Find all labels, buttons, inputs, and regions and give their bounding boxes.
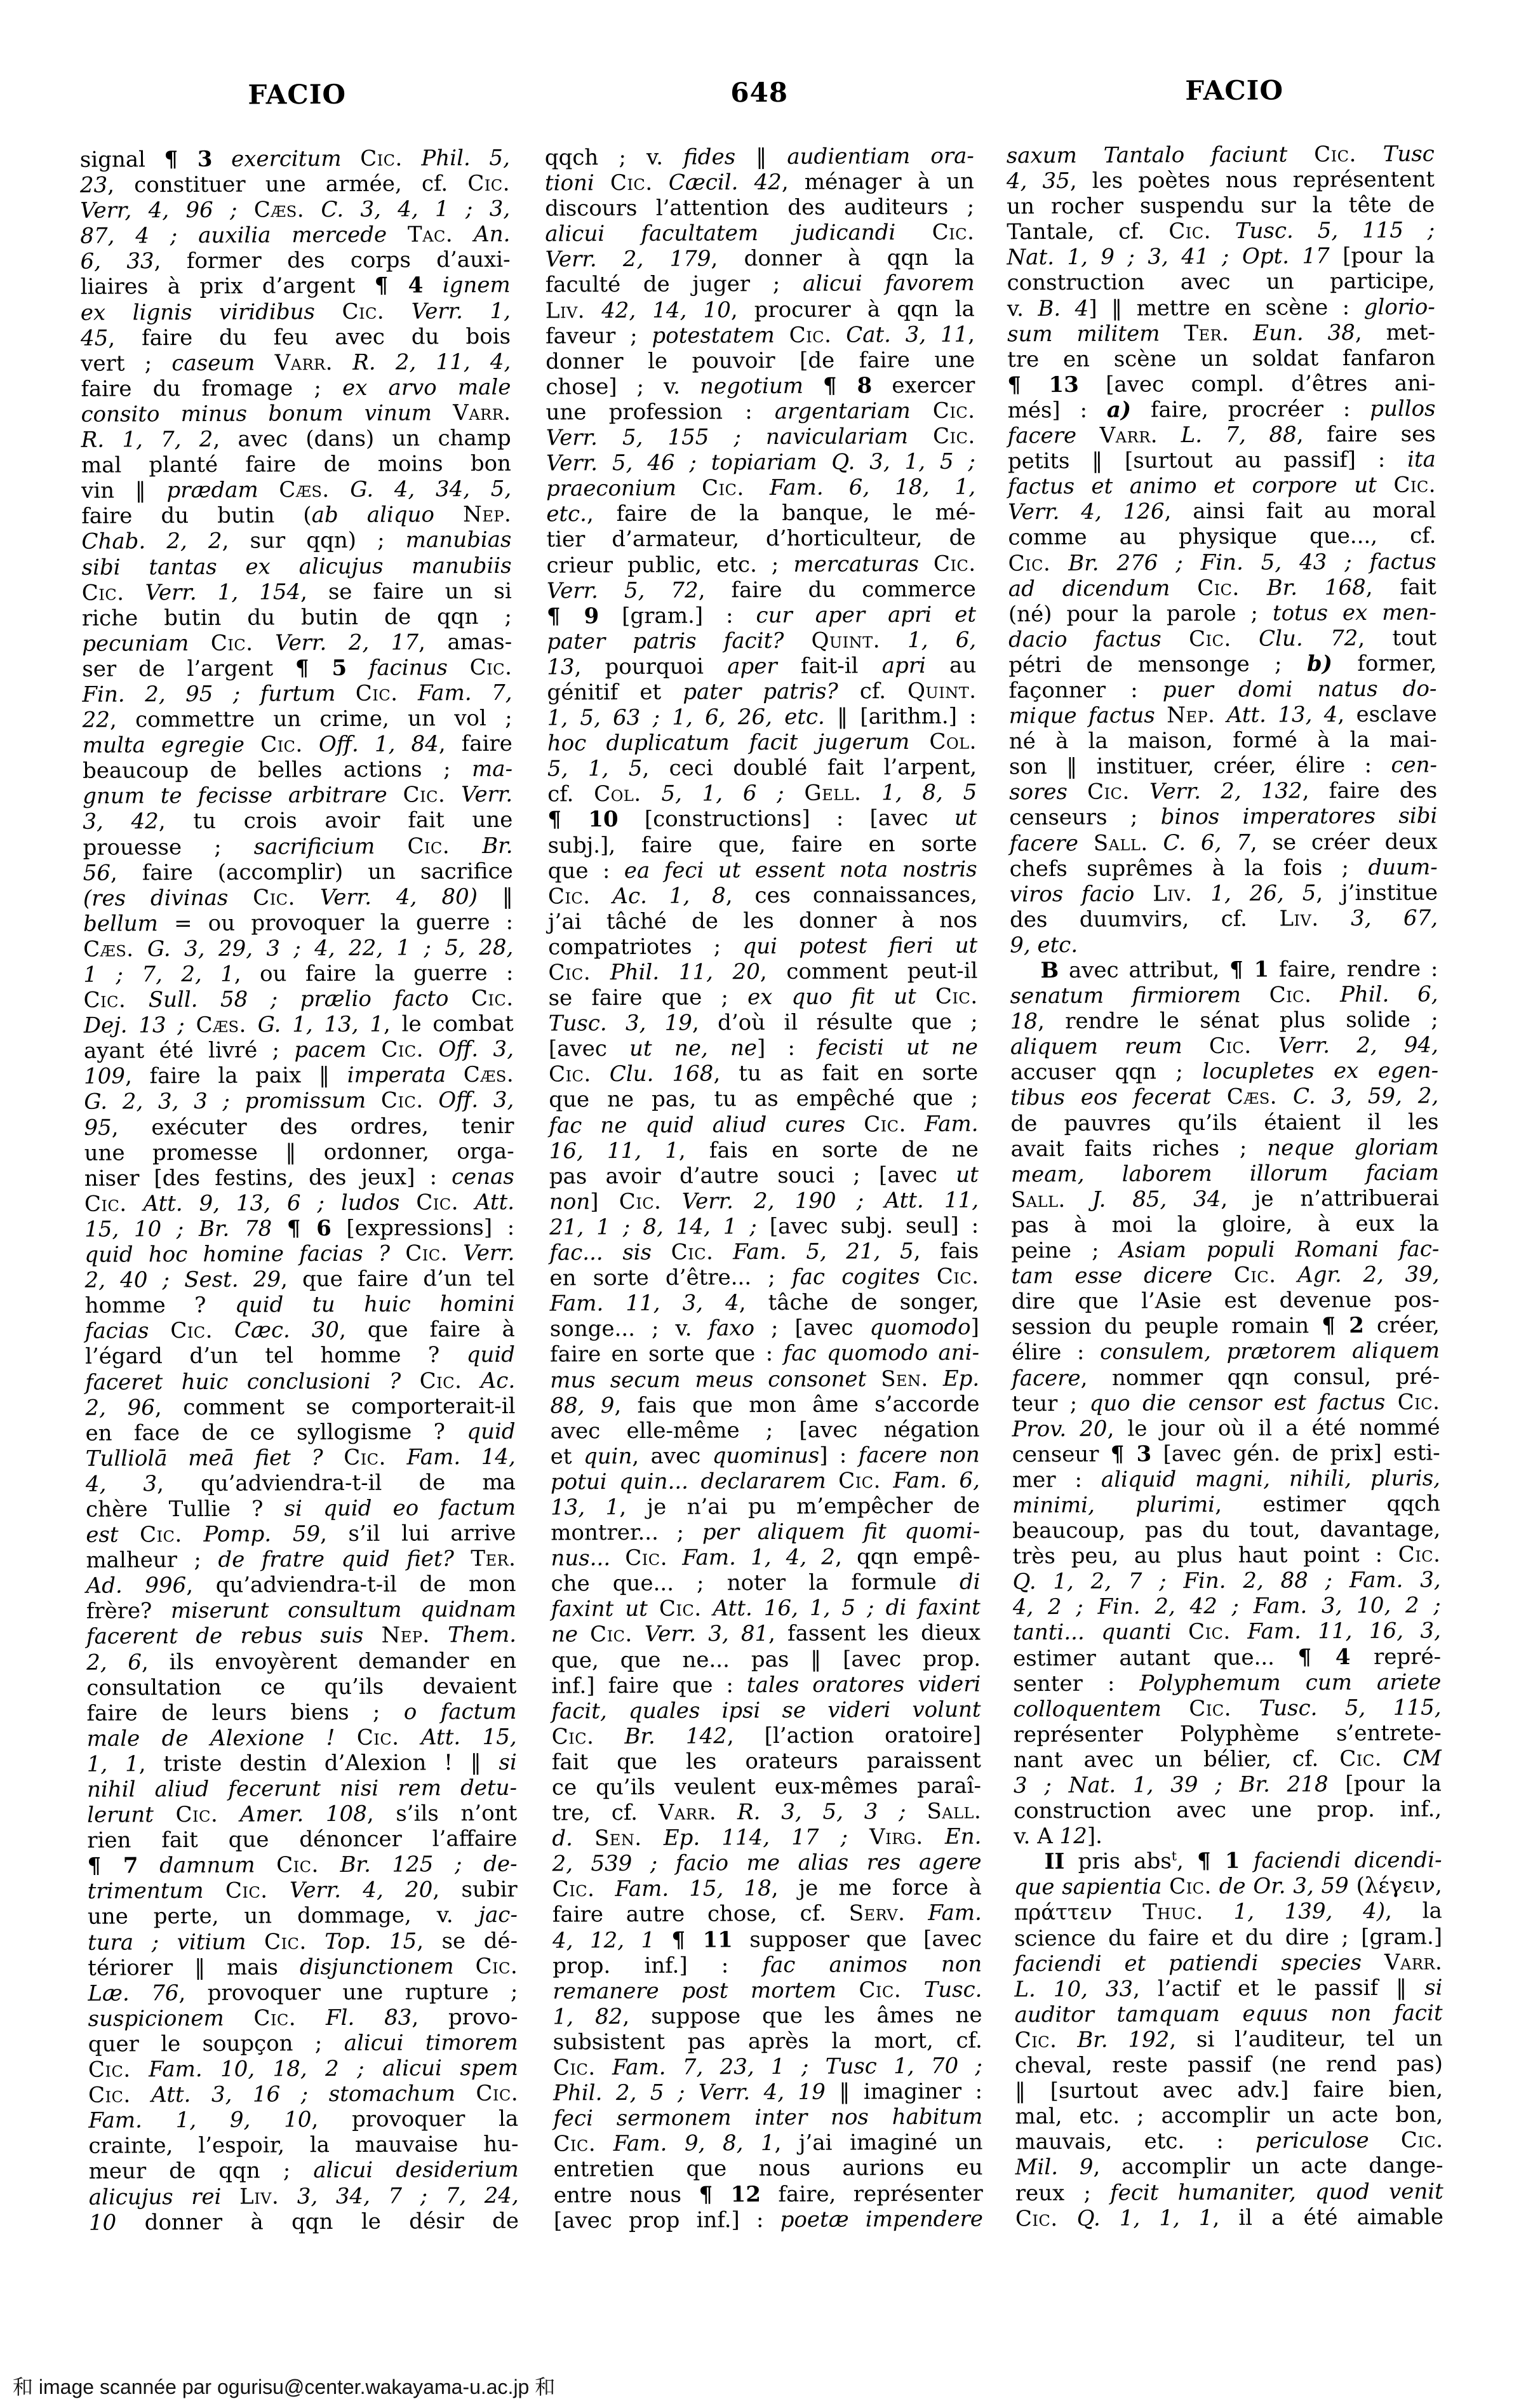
latin-citation: quo die censor est factus — [1089, 1389, 1385, 1416]
definition-text: [gram.] : — [599, 603, 756, 629]
definition-text: crieur public, etc. ; — [547, 551, 794, 578]
dictionary-line: Cic. Fam. 7, 23, 1 ; Tusc 1, 70 ; — [553, 2053, 982, 2081]
definition-text: chose] ; v. — [546, 373, 700, 400]
dictionary-line: 10 donner à qqn le désir de — [89, 2208, 519, 2235]
definition-text: , les poètes nous représentent — [1070, 167, 1435, 194]
dictionary-line: faire en sorte que : fac quomodo ani- — [550, 1340, 979, 1368]
latin-citation: fac quomodo ani- — [784, 1340, 980, 1366]
dictionary-line: fait que les orateurs paraissent — [552, 1747, 981, 1775]
dictionary-line: remanere post mortem Cic. Tusc. — [552, 1977, 982, 2004]
dictionary-line: une promesse ‖ ordonner, orga- — [84, 1138, 514, 1166]
latin-citation: fac animos non — [762, 1951, 982, 1978]
author-abbreviation: Liv. — [239, 2184, 279, 2209]
dictionary-line: dacio factus Cic. Clu. 72, tout — [1008, 625, 1436, 652]
definition-text — [1068, 779, 1087, 805]
latin-citation: Q. 1, 2, 7 ; Fin. 2, 88 ; Fam. 3, — [1013, 1568, 1441, 1595]
author-abbreviation: Cic. — [470, 655, 512, 680]
dictionary-line: songe... ; v. faxo ; [avec quomodo] — [550, 1315, 979, 1342]
definition-text — [1369, 2128, 1401, 2153]
latin-citation: 88, 9 — [550, 1393, 614, 1418]
definition-text — [138, 1853, 159, 1878]
author-abbreviation: Cic. — [859, 1977, 901, 2003]
latin-citation: ut — [956, 1162, 979, 1187]
latin-citation: male de Alexione ! — [87, 1725, 335, 1752]
dictionary-line: auditor tamquam equus non facit — [1014, 2000, 1442, 2027]
latin-citation: pecuniam — [82, 631, 189, 657]
definition-text — [594, 170, 610, 196]
definition-text: , estimer qqch — [1215, 1491, 1440, 1517]
dictionary-line: l’égard d’un tel homme ? quid — [85, 1342, 515, 1369]
definition-text — [446, 1062, 464, 1087]
definition-text: (né) pour la parole ; — [1008, 600, 1273, 627]
latin-citation: Phil. 2, 5 ; Verr. 4, 19 — [553, 2080, 826, 2106]
definition-text: un rocher suspendu sur la tête de — [1007, 192, 1435, 220]
dictionary-line: pétri de mensonge ; b) former, — [1008, 650, 1436, 678]
definition-text: faire, représenter — [761, 2181, 983, 2207]
latin-citation: Verr. 2, 17 — [275, 629, 418, 655]
dictionary-line: senter : Polyphemum cum ariete — [1013, 1669, 1441, 1697]
latin-citation: 4, 35 — [1007, 168, 1070, 194]
dictionary-line: beaucoup de belles actions ; ma- — [83, 756, 512, 784]
definition-text: ayant été livré ; — [84, 1038, 295, 1064]
latin-citation: ex quo fit ut — [747, 984, 916, 1010]
dictionary-line: tre en scène un soldat fanfaron — [1007, 345, 1435, 372]
dictionary-line: nihil aliud fecerunt nisi rem detu- — [87, 1775, 517, 1803]
definition-text — [258, 478, 279, 503]
definition-text: construction avec un participe, — [1007, 269, 1435, 296]
latin-citation: Att. — [475, 1190, 514, 1215]
definition-text — [335, 681, 356, 706]
dictionary-line: facit, quales ipsi se videri volunt — [551, 1697, 981, 1724]
definition-text: , accomplir un acte dange- — [1093, 2153, 1443, 2180]
definition-text — [366, 1037, 382, 1063]
author-abbreviation: Cic. — [671, 1239, 714, 1265]
definition-text: , je n’ai pu m’empêcher de — [619, 1493, 980, 1520]
definition-text: former, — [1332, 650, 1437, 676]
page-number: 648 — [730, 79, 788, 106]
latin-citation: facerent de rebus suis — [86, 1623, 363, 1650]
latin-citation: Fam. 14, — [406, 1444, 515, 1470]
text-column-2: qqch ; v. fides ‖ audientiam ora-tioni C… — [545, 144, 983, 2234]
dictionary-line: sores Cic. Verr. 2, 132, faire des — [1009, 778, 1437, 805]
latin-citation: R. 1, 7, 2 — [81, 427, 213, 453]
definition-text — [676, 476, 702, 501]
definition-text: en sorte d’être... ; — [549, 1265, 792, 1291]
author-abbreviation: Cic. — [211, 630, 253, 655]
section-marker: B — [1040, 958, 1059, 983]
latin-citation: negotium — [700, 373, 803, 400]
definition-text — [1162, 1874, 1169, 1900]
definition-text — [716, 1799, 737, 1825]
definition-text — [399, 1190, 416, 1215]
definition-text — [363, 1623, 382, 1648]
definition-text: une profession : — [546, 399, 774, 426]
dictionary-line: ‖ [surtout avec adv.] faire bien, — [1015, 2077, 1443, 2104]
definition-text — [319, 1852, 340, 1878]
latin-citation: Br. 168 — [1267, 574, 1366, 600]
definition-text: senter : — [1013, 1670, 1139, 1697]
definition-text — [255, 350, 274, 375]
definition-text — [423, 273, 443, 299]
section-marker: ¶ 10 — [547, 807, 618, 832]
latin-citation: Fam. 15, 18 — [615, 1876, 771, 1902]
definition-text — [845, 1112, 864, 1137]
definition-text: faire du butin ( — [81, 502, 312, 529]
author-abbreviation: Cic. — [1169, 1874, 1212, 1899]
definition-text: créer, — [1364, 1313, 1440, 1339]
dictionary-line: 2, 539 ; facio me alias res agere — [552, 1850, 981, 1877]
dictionary-line: factus et animo et corpore ut Cic. — [1008, 473, 1436, 500]
dictionary-line: homme ? quid tu huic homini — [85, 1291, 515, 1319]
definition-text: censeur — [1012, 1441, 1111, 1467]
definition-text: signal — [80, 147, 164, 173]
dictionary-line: que sapientia Cic. de Or. 3, 59 (λέγειν, — [1014, 1873, 1442, 1900]
definition-text: , ménager à un — [782, 169, 974, 195]
latin-citation: Br. — [482, 833, 512, 858]
dictionary-line: faveur ; potestatem Cic. Cat. 3, 11, — [546, 321, 975, 349]
definition-text: faire du fromage ; — [81, 375, 342, 402]
dictionary-line: comme au physique que..., cf. — [1008, 523, 1436, 551]
definition-text — [573, 1825, 594, 1851]
dictionary-line: colloquentem Cic. Tusc. 5, 115, — [1013, 1695, 1441, 1722]
definition-text: , triste destin d’Alexion ! ‖ — [139, 1750, 499, 1777]
definition-text — [307, 1929, 325, 1954]
dictionary-line: Mil. 9, accomplir un acte dange- — [1015, 2153, 1443, 2181]
definition-text: faire autre chose, cf. — [552, 1901, 849, 1928]
latin-citation: 1, 6, — [907, 627, 976, 652]
dictionary-line: lerunt Cic. Amer. 108, s’ils n’ont — [87, 1801, 517, 1828]
definition-text: homme ? — [85, 1293, 236, 1319]
definition-text: que, que ne... pas ‖ [avec prop. — [551, 1646, 981, 1673]
dictionary-line: avec elle-même ; [avec négation — [550, 1416, 979, 1444]
section-marker: ¶ 8 — [823, 373, 872, 398]
definition-text — [1134, 881, 1153, 906]
latin-citation: exercitum — [231, 146, 342, 172]
latin-citation: 2, 40 ; Sest. 29 — [84, 1267, 281, 1293]
author-abbreviation: Cic. — [933, 424, 975, 449]
latin-citation: 21, 1 ; 8, 14, 1 ; — [549, 1214, 757, 1240]
latin-citation: Verr. 2, 190 ; Att. 11, — [682, 1187, 979, 1214]
dictionary-line: R. 1, 7, 2, avec (dans) un champ — [81, 426, 511, 453]
latin-citation: facias — [85, 1319, 149, 1344]
dictionary-line: Dej. 13 ; Cæs. G. 1, 13, 1, le combat — [84, 1011, 514, 1038]
author-abbreviation: Sall. — [927, 1799, 981, 1824]
definition-text: chefs suprêmes à la fois ; — [1010, 855, 1369, 882]
author-abbreviation: Liv. — [546, 298, 585, 323]
latin-citation: Læ. 76 — [88, 1980, 178, 2006]
definition-text: , l’actif et le passif ‖ — [1133, 1975, 1424, 2001]
latin-citation: factus et animo et corpore ut — [1008, 473, 1377, 500]
definition-text: , faire de la banque, le mé- — [587, 500, 976, 527]
latin-citation: si — [499, 1750, 517, 1775]
definition-text: frère? — [86, 1598, 171, 1624]
definition-text — [1276, 1262, 1297, 1287]
definition-text: subsistent pas après la mort, cf. — [553, 2027, 982, 2055]
dictionary-line: entretien que nous aurions eu — [554, 2155, 983, 2182]
latin-citation: 18 — [1010, 1009, 1038, 1034]
author-abbreviation: Cic. — [625, 1545, 667, 1571]
definition-text: une promesse ‖ ordonner, orga- — [84, 1138, 514, 1166]
definition-text: , ainsi fait au moral — [1165, 498, 1436, 525]
dictionary-line: ¶ 9 [gram.] : cur aper apri et — [547, 601, 976, 629]
latin-citation: totus ex men- — [1273, 600, 1436, 626]
dictionary-line: nus... Cic. Fam. 1, 4, 2, qqn empê- — [551, 1544, 980, 1571]
definition-text — [213, 1318, 234, 1343]
definition-text — [901, 1977, 924, 2003]
latin-citation: de fratre quid fiet? — [218, 1546, 454, 1573]
definition-text: , tu as fait en sorte — [713, 1060, 978, 1087]
dictionary-line: cf. Col. 5, 1, 6 ; Gell. 1, 8, 5 — [547, 780, 977, 807]
definition-text: , se créer deux — [1250, 829, 1438, 855]
definition-text — [591, 1061, 610, 1087]
author-abbreviation: Cic. — [405, 1240, 448, 1266]
latin-citation: J. 85, 34 — [1092, 1186, 1221, 1213]
latin-citation: praeconium — [546, 476, 676, 502]
definition-text: fait-il — [777, 653, 882, 679]
dictionary-line: faceret huic conclusioni ? Cic. Ac. — [85, 1368, 515, 1395]
definition-text: , commettre un crime, un vol ; — [110, 706, 512, 733]
scan-credit: 和 image scannée par ogurisu@center.wakay… — [13, 2376, 555, 2398]
latin-citation: fac ne quid aliud cures — [549, 1112, 845, 1138]
definition-text: , [l’action oratoire] — [727, 1722, 981, 1749]
author-abbreviation: Cic. — [619, 1189, 662, 1214]
latin-citation: ex lignis viridibus — [81, 299, 315, 326]
author-abbreviation: Cic. — [1015, 2027, 1057, 2053]
definition-text: censeurs ; — [1009, 805, 1161, 831]
dictionary-line: frère? miserunt consultum quidnam — [86, 1597, 516, 1624]
definition-text: , je n’attribuerai — [1221, 1185, 1439, 1211]
author-abbreviation: Cic. — [403, 783, 445, 808]
dictionary-line: Cic. Att. 3, 16 ; stomachum Cic. — [88, 2081, 518, 2108]
dictionary-line: génitif et pater patris? cf. Quint. — [547, 678, 976, 706]
author-abbreviation: Sen. — [881, 1366, 928, 1391]
dictionary-line: consito minus bonum vinum Varr. — [81, 400, 511, 427]
definition-text: liaires à prix d’argent — [81, 273, 375, 300]
latin-citation: 4, 2 ; Fin. 2, 42 ; Fam. 3, 10, 2 ; — [1013, 1593, 1441, 1620]
definition-text — [1231, 1619, 1248, 1644]
dictionary-line: facere Sall. C. 6, 7, se créer deux — [1009, 829, 1437, 856]
definition-text: l’égard d’un tel homme ? — [85, 1342, 467, 1369]
latin-citation: argentariam — [775, 398, 911, 424]
definition-text: se faire que ; — [549, 985, 748, 1011]
dictionary-line: feci sermonem inter nos habitum — [553, 2104, 982, 2132]
definition-text: tre, cf. — [552, 1800, 659, 1826]
definition-text: , s’il lui arrive — [320, 1521, 516, 1547]
latin-citation: Verr. 5, 72 — [547, 577, 699, 603]
dictionary-line: Cic. Ac. 1, 8, ces connaissances, — [548, 882, 977, 909]
dictionary-line: fac ne quid aliud cures Cic. Fam. — [549, 1111, 978, 1138]
latin-citation: Verr. 3, 81 — [645, 1621, 768, 1647]
dictionary-line: que : ea feci ut essent nota nostris — [548, 856, 977, 884]
definition-text: mauvais, etc. : — [1015, 2128, 1255, 2155]
latin-citation: quominus — [713, 1442, 820, 1468]
latin-citation: mercaturas — [793, 551, 919, 577]
definition-text — [212, 147, 231, 172]
latin-citation: Clu. 168 — [610, 1061, 714, 1087]
dictionary-line: Cic. Clu. 168, tu as fait en sorte — [549, 1060, 978, 1087]
definition-text: , avec — [632, 1443, 712, 1469]
definition-text: ‖ [surtout avec adv.] faire bien, — [1015, 2077, 1443, 2104]
latin-citation: 23 — [80, 173, 107, 198]
dictionary-line: subj.], faire que, faire en sorte — [547, 831, 977, 858]
definition-text: ] — [971, 1315, 979, 1340]
latin-citation: Verr. 2, 179 — [545, 246, 711, 272]
latin-citation: ea feci ut essent nota nostris — [624, 856, 977, 883]
dictionary-line: compatriotes ; qui potest fieri ut — [548, 932, 977, 960]
dictionary-line: faire du fromage ; ex arvo male — [81, 375, 511, 402]
definition-text — [911, 398, 933, 424]
definition-text: en face de ce syllogisme ? — [85, 1419, 467, 1446]
definition-text: une perte, un dommage, v. — [88, 1902, 479, 1930]
latin-citation: Fam. — [925, 1111, 979, 1136]
latin-citation: jac- — [478, 1902, 518, 1928]
author-abbreviation: Cic. — [864, 1112, 906, 1137]
author-abbreviation: Cæs. — [1227, 1084, 1277, 1110]
author-abbreviation: Cic. — [553, 2055, 596, 2080]
author-abbreviation: Quint. — [811, 628, 880, 653]
section-marker: ¶ 11 — [671, 1927, 733, 1952]
definition-text: prouesse ; — [83, 834, 253, 860]
author-abbreviation: Cic. — [789, 322, 832, 347]
definition-text: rien fait que dénoncer l’affaire — [87, 1826, 517, 1853]
latin-citation: fecit humaniter, quod venit — [1110, 2179, 1443, 2205]
author-abbreviation: Cæs. — [83, 936, 133, 962]
dictionary-line: 5, 1, 5, ceci doublé fait l’arpent, — [547, 755, 977, 782]
latin-citation: 5, 1, 6 ; — [661, 781, 784, 807]
definition-text: , amas- — [418, 629, 512, 655]
latin-citation: Verr. 2, 132 — [1149, 779, 1302, 805]
latin-citation: faciendi dicendi- — [1254, 1848, 1442, 1874]
latin-citation: gnum te fecisse arbitrare — [83, 783, 387, 809]
dictionary-line: discours l’attention des auditeurs ; — [545, 194, 974, 222]
dictionary-line: Fam. 1, 9, 10, provoquer la — [88, 2106, 518, 2134]
dictionary-line: Verr. 2, 179, donner à qqn la — [545, 245, 974, 272]
latin-citation: 109 — [84, 1064, 125, 1089]
definition-text: faveur ; — [546, 323, 652, 349]
latin-citation: Ep. 114, 17 ; — [664, 1825, 848, 1851]
dictionary-line: ayant été livré ; pacem Cic. Off. 3, — [84, 1037, 514, 1064]
definition-text: , s’ils n’ont — [367, 1801, 518, 1827]
definition-text: tériorer ‖ mais — [88, 1954, 300, 1980]
latin-citation: pater patris facit? — [547, 628, 784, 655]
author-abbreviation: Cic. — [1188, 1619, 1231, 1644]
dictionary-line: potui quin... declararem Cic. Fam. 6, — [551, 1467, 980, 1495]
latin-citation: 1, 5, 63 ; 1, 6, 26, etc. — [547, 704, 825, 731]
definition-text — [1231, 626, 1259, 651]
dictionary-line: né à la maison, formé à la mai- — [1009, 727, 1437, 755]
definition-text: chère Tullie ? — [86, 1496, 285, 1522]
latin-citation: CM — [1403, 1745, 1442, 1771]
latin-citation: minimi, plurimi — [1012, 1492, 1215, 1518]
definition-text: comme au physique que..., cf. — [1008, 523, 1436, 551]
latin-citation: miserunt consultum quidnam — [171, 1597, 516, 1623]
definition-text: de pauvres qu’ils étaient il les — [1010, 1109, 1438, 1136]
definition-text — [387, 783, 403, 808]
definition-text — [803, 373, 823, 398]
latin-citation: Eun. 38 — [1253, 320, 1355, 346]
definition-text: , que faire d’un tel — [281, 1266, 515, 1293]
definition-text — [923, 1824, 945, 1850]
definition-text: , que faire à — [339, 1317, 515, 1343]
definition-text: , se dé- — [417, 1928, 518, 1954]
definition-text: riche butin du butin de qqn ; — [82, 603, 512, 631]
latin-citation: 10 — [89, 2210, 116, 2235]
definition-text: , qqn empê- — [835, 1544, 981, 1570]
definition-text — [1162, 626, 1189, 652]
definition-text: , fassent les dieux — [768, 1620, 981, 1646]
definition-text — [131, 2082, 152, 2107]
section-marker: ¶ 2 — [1322, 1313, 1364, 1338]
dictionary-line: construction avec un participe, — [1007, 269, 1435, 296]
definition-text — [124, 580, 145, 605]
definition-text — [390, 1241, 405, 1267]
dictionary-line: meam, laborem illorum faciam — [1011, 1160, 1439, 1187]
definition-text: , sur qqn) ; — [222, 528, 405, 554]
definition-text: entretien que nous aurions eu — [554, 2155, 983, 2182]
latin-citation: 2, 96 — [85, 1395, 155, 1420]
dictionary-line: tanti... quanti Cic. Fam. 11, 16, 3, — [1013, 1618, 1441, 1646]
definition-text — [1158, 422, 1181, 448]
dictionary-line: 2, 40 ; Sest. 29, que faire d’un tel — [84, 1266, 514, 1293]
author-abbreviation: Cic. — [276, 1852, 319, 1878]
latin-citation: quid hoc homine facias ? — [84, 1241, 390, 1268]
latin-citation: Amer. 108 — [240, 1801, 367, 1827]
definition-text — [398, 680, 418, 706]
author-abbreviation: Cic. — [420, 1368, 462, 1394]
definition-text — [228, 885, 253, 910]
definition-text: pris abs — [1064, 1849, 1172, 1875]
author-abbreviation: Cic. — [548, 960, 591, 985]
definition-text: au — [926, 652, 977, 678]
dictionary-line: facerent de rebus suis Nep. Them. — [86, 1622, 516, 1650]
dictionary-line: v. A 12]. — [1014, 1822, 1442, 1850]
definition-text: que ne pas, tu as empêché que ; — [549, 1085, 978, 1113]
latin-citation: tura ; vitium — [88, 1929, 246, 1955]
dictionary-line: faxint ut Cic. Att. 16, 1, 5 ; di faxint — [551, 1595, 981, 1622]
latin-citation: consito minus bonum vinum — [81, 400, 432, 427]
dictionary-line: nant avec un bélier, cf. Cic. CM — [1014, 1745, 1442, 1773]
definition-text: , ou faire la guerre : — [234, 960, 514, 987]
definition-text — [448, 655, 470, 680]
author-abbreviation: Cic. — [1401, 2128, 1443, 2153]
author-abbreviation: Cic. — [381, 1088, 424, 1113]
definition-text: et — [551, 1444, 584, 1469]
latin-citation: cenas — [452, 1164, 514, 1190]
definition-text: , faire des — [1302, 778, 1438, 804]
definition-text: , le combat — [384, 1011, 514, 1037]
definition-text — [653, 170, 669, 196]
latin-citation: puer domi natus do- — [1163, 676, 1437, 702]
definition-text — [1385, 1389, 1398, 1415]
section-marker: ¶ 3 — [164, 147, 212, 172]
section-marker: ¶ 5 — [295, 655, 347, 681]
latin-citation: d. — [552, 1826, 573, 1852]
author-abbreviation: Sall. — [1011, 1187, 1066, 1213]
definition-text — [919, 551, 934, 576]
latin-citation: periculose — [1255, 2128, 1369, 2154]
definition-text: façonner : — [1008, 677, 1162, 703]
dictionary-line: Cic. Fam. 9, 8, 1, j’ai imaginé un — [553, 2130, 982, 2157]
definition-text: [pour la — [1328, 1771, 1442, 1797]
latin-citation: Asiam populi Romani fac- — [1119, 1236, 1439, 1263]
section-marker: ¶ 9 — [547, 603, 599, 629]
latin-citation: 12 — [1059, 1824, 1087, 1849]
definition-text: ce qu’ils veulent eux-mêmes paraî- — [552, 1773, 981, 1801]
latin-citation: o factum — [404, 1698, 517, 1724]
subsection-marker: b) — [1307, 651, 1332, 676]
latin-citation: Phil. 11, 20 — [610, 959, 760, 985]
latin-citation: tam esse dicere — [1011, 1263, 1212, 1289]
